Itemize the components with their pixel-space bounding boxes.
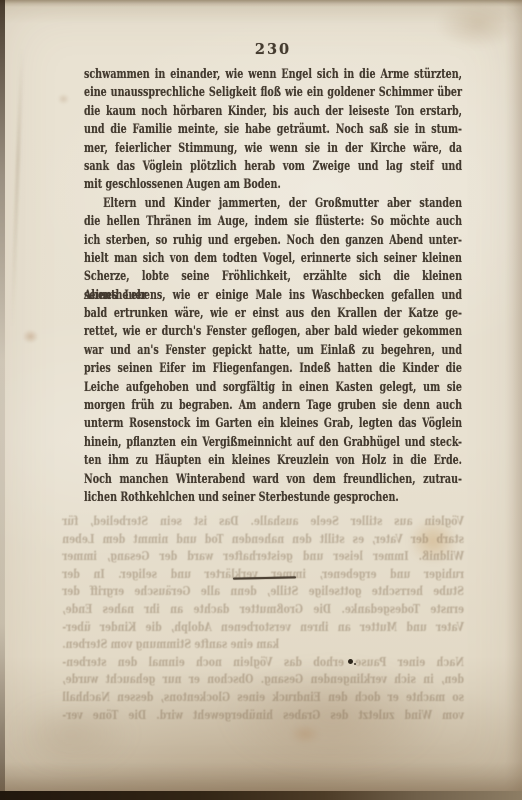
- bleedthrough-line: Vöglein aus stiller Seele aushalle. Das …: [62, 512, 464, 530]
- text-line: unterm Rosenstock im Garten ein kleines …: [84, 415, 462, 433]
- page-bottom-shadow: [0, 762, 522, 792]
- page-bottom-dark-edge: [0, 791, 522, 800]
- paper-crease: [10, 48, 24, 328]
- text-line: Eltern und Kinder jammerten, der Großmut…: [84, 195, 462, 213]
- bleedthrough-line: Vater und Mutter an ihren verstorbenen A…: [62, 618, 464, 636]
- text-line: sank das Vöglein plötzlich herab vom Zwe…: [84, 158, 462, 176]
- bleedthrough-line: so machte er doch den Eindruck eines Glo…: [62, 688, 464, 706]
- bleedthrough-line: vom Wind zuletzt des Grabes hinübergeweh…: [62, 706, 464, 724]
- text-line: eine unaussprechliche Seligkeit floß wie…: [84, 84, 462, 102]
- page-text: schwammen in einander, wie wenn Engel si…: [84, 66, 462, 507]
- text-line: ten ihm zu Häupten ein kleines Kreuzlein…: [84, 452, 462, 470]
- text-line: bald ertrunken wäre, wie er einst aus de…: [84, 305, 462, 323]
- text-line: Scherze, lobte seine Fröhlichkeit, erzäh…: [84, 268, 462, 286]
- book-gutter-edge: [0, 0, 5, 800]
- text-line: hielt man sich von dem todten Vogel, eri…: [84, 250, 462, 268]
- text-line: pries seinen Eifer im Fliegenfangen. Ind…: [84, 360, 462, 378]
- text-line: Leiche aufgehoben und sorgfältig in eine…: [84, 379, 462, 397]
- ink-dot: [354, 663, 356, 665]
- foxing-spot: [290, 724, 320, 744]
- page-number: 230: [84, 41, 462, 58]
- bleedthrough-line: ruhiger und ergebener, immer verklärter …: [62, 565, 464, 583]
- text-line: mit geschlossenen Augen am Boden.: [84, 176, 462, 194]
- text-line: die hellen Thränen im Auge, indem sie fl…: [84, 213, 462, 231]
- text-line: morgen früh zu begraben. Am andern Tage …: [84, 397, 462, 415]
- text-line: schwammen in einander, wie wenn Engel si…: [84, 66, 462, 84]
- bleedthrough-line: den, in sich verklingenden Gesang. Obsch…: [62, 670, 464, 688]
- text-line: seines Lebens, wie er einige Male ins Wa…: [84, 287, 462, 305]
- bleedthrough-line: kam eine sanfte Stimmung vom Sterben.: [62, 635, 464, 653]
- text-line: und die Familie meinte, sie habe geträum…: [84, 121, 462, 139]
- bleedthrough-line: ernste Todesgedanke. Die Großmutter dach…: [62, 600, 464, 618]
- text-line: hinein, pflanzten ein Vergißmeinnicht au…: [84, 434, 462, 452]
- scanned-book-page: 230 schwammen in einander, wie wenn Enge…: [0, 0, 522, 800]
- ink-dot: [348, 659, 353, 664]
- text-line: die kaum noch hörbaren Kinder, bis auch …: [84, 103, 462, 121]
- bleedthrough-line: Stube herrschte gottselige Stille, denn …: [62, 582, 464, 600]
- text-line: ich sterben, so ruhig und ergeben. Noch …: [84, 232, 462, 250]
- bleedthrough-line: Nach einer Pause erhob das Vöglein noch …: [62, 653, 464, 671]
- page-right-edge-shadow: [505, 0, 522, 800]
- text-line: Noch manchen Winterabend ward von dem fr…: [84, 471, 462, 489]
- bleedthrough-line: Wildniß. Immer leiser und geisterhafter …: [62, 547, 464, 565]
- foxing-spot: [58, 94, 69, 104]
- text-line: war und an's Fenster gepickt hatte, um E…: [84, 342, 462, 360]
- bleedthrough-text: Vöglein aus stiller Seele aushalle. Das …: [62, 512, 464, 723]
- text-line: rettet, wie er durch's Fenster geflogen,…: [84, 323, 462, 341]
- bleedthrough-line: starb der Vater, es stillt den nahenden …: [62, 530, 464, 548]
- page-top-edge-shadow: [0, 0, 522, 7]
- text-line: mer, feierlicher Stimmung, wie wenn sie …: [84, 140, 462, 158]
- text-line: lichen Rothkehlchen und seiner Sterbestu…: [84, 489, 462, 507]
- foxing-spot: [23, 330, 38, 343]
